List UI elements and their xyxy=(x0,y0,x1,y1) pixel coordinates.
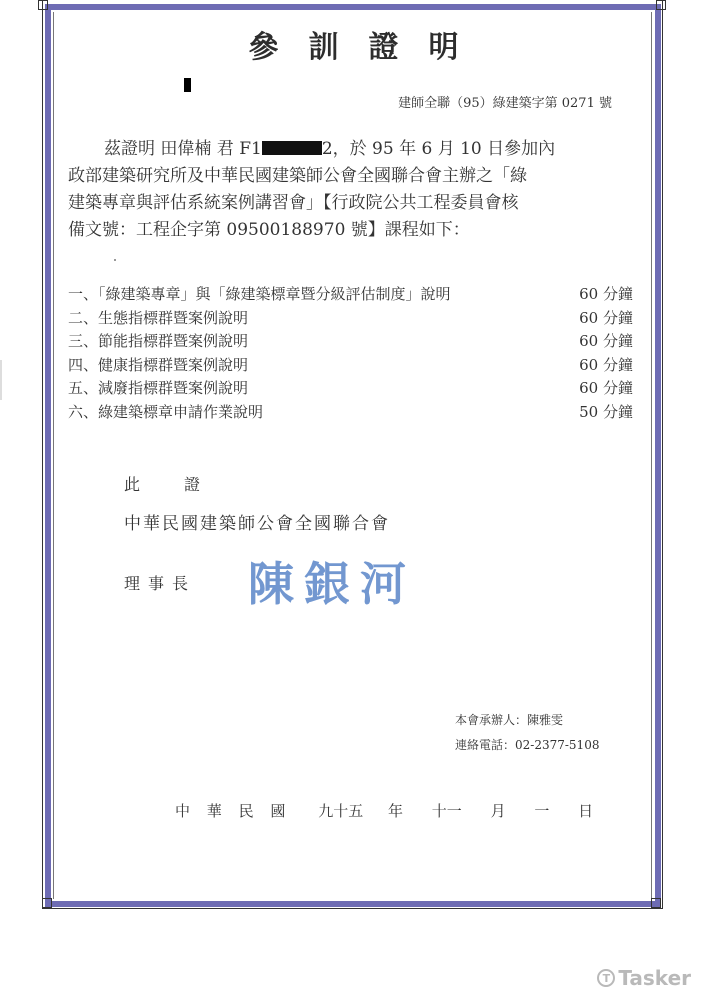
list-item: 三、節能指標群暨案例說明 60 分鐘 xyxy=(68,330,633,354)
course-label: 四、健康指標群暨案例說明 xyxy=(68,354,248,378)
date-part: 十一 xyxy=(432,800,462,821)
corner-ornament xyxy=(38,0,48,10)
body-text: 茲證明 田偉楠 君 F1 xyxy=(104,139,262,159)
body-line: 茲證明 田偉楠 君 F12，於 95 年 6 月 10 日參加內 xyxy=(68,136,643,163)
corner-ornament xyxy=(651,898,661,908)
contact-phone: 連絡電話：02-2377-5108 xyxy=(455,733,599,758)
document-title: 參訓證明 xyxy=(0,22,707,66)
course-duration: 60 分鐘 xyxy=(579,307,633,331)
date-part: 華 xyxy=(207,800,222,821)
body-line: 建築專章與評估系統案例講習會」【行政院公共工程委員會核 xyxy=(68,190,643,217)
attest-char: 此 xyxy=(124,475,140,494)
date-part: 月 xyxy=(491,800,506,821)
date-part: 年 xyxy=(388,800,403,821)
course-duration: 50 分鐘 xyxy=(579,401,633,425)
contact-info: 本會承辦人：陳雅雯 連絡電話：02-2377-5108 xyxy=(455,708,599,758)
course-label: 一、「綠建築專章」與「綠建築標章暨分級評估制度」說明 xyxy=(68,283,451,307)
corner-ornament xyxy=(656,0,666,10)
date-part: 一 xyxy=(534,800,549,821)
course-label: 五、減廢指標群暨案例說明 xyxy=(68,377,248,401)
date-part: 國 xyxy=(270,800,285,821)
date-part: 民 xyxy=(239,800,254,821)
tasker-watermark: T Tasker xyxy=(597,966,691,990)
attest-char: 證 xyxy=(184,475,200,494)
course-label: 二、生態指標群暨案例說明 xyxy=(68,307,248,331)
scan-dot xyxy=(114,259,116,261)
redacted-id xyxy=(262,141,322,155)
course-label: 三、節能指標群暨案例說明 xyxy=(68,330,248,354)
corner-ornament xyxy=(42,898,52,908)
body-text: 2，於 95 年 6 月 10 日參加內 xyxy=(322,139,555,159)
course-duration: 60 分鐘 xyxy=(579,330,633,354)
list-item: 一、「綠建築專章」與「綠建築標章暨分級評估制度」說明 60 分鐘 xyxy=(68,283,633,307)
chair-label: 理事長 xyxy=(124,571,196,594)
course-duration: 60 分鐘 xyxy=(579,354,633,378)
redaction-mark xyxy=(184,78,191,92)
certificate-body: 茲證明 田偉楠 君 F12，於 95 年 6 月 10 日參加內 政部建築研究所… xyxy=(68,136,643,244)
list-item: 六、綠建築標章申請作業說明 50 分鐘 xyxy=(68,401,633,425)
issue-date: 中 華 民 國 九十五 年 十一 月 一 日 xyxy=(175,800,593,821)
course-duration: 60 分鐘 xyxy=(579,377,633,401)
course-duration: 60 分鐘 xyxy=(579,283,633,307)
list-item: 二、生態指標群暨案例說明 60 分鐘 xyxy=(68,307,633,331)
list-item: 五、減廢指標群暨案例說明 60 分鐘 xyxy=(68,377,633,401)
attestation: 此證 xyxy=(124,472,200,495)
course-label: 六、綠建築標章申請作業說明 xyxy=(68,401,263,425)
course-list: 一、「綠建築專章」與「綠建築標章暨分級評估制度」說明 60 分鐘 二、生態指標群… xyxy=(68,283,633,424)
signature-stamp: 陳銀河 xyxy=(248,548,416,614)
watermark-text: Tasker xyxy=(618,966,691,990)
body-line: 政部建築研究所及中華民國建築師公會全國聯合會主辦之「綠 xyxy=(68,163,643,190)
list-item: 四、健康指標群暨案例說明 60 分鐘 xyxy=(68,354,633,378)
date-part: 中 xyxy=(175,800,190,821)
tasker-logo-icon: T xyxy=(597,969,615,987)
document-number: 建師全聯（95）綠建築字第 0271 號 xyxy=(398,92,612,111)
scan-artifact xyxy=(0,360,2,400)
handler-name: 本會承辦人：陳雅雯 xyxy=(455,708,599,733)
date-part: 九十五 xyxy=(318,800,363,821)
date-part: 日 xyxy=(578,800,593,821)
body-line: 備文號：工程企字第 09500188970 號】課程如下： xyxy=(68,217,643,244)
organization-name: 中華民國建築師公會全國聯合會 xyxy=(124,509,390,534)
